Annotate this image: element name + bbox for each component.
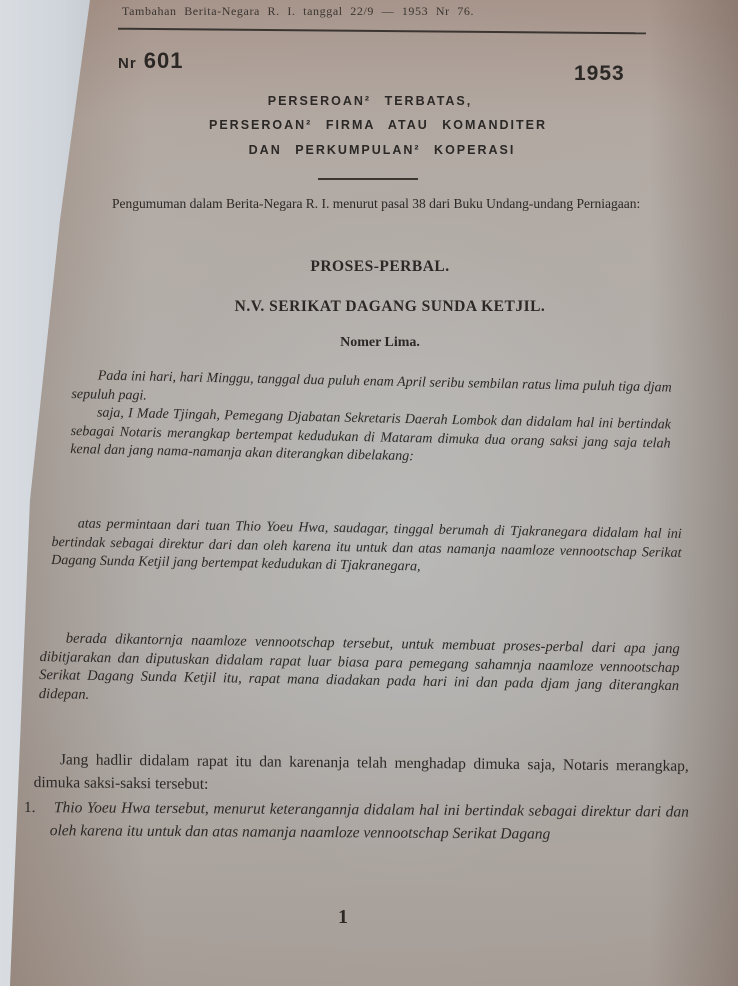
category-line-1: PERSEROAN² TERBATAS,	[110, 94, 630, 108]
paragraph-3: atas permintaan dari tuan Thio Yoeu Hwa,…	[51, 515, 682, 581]
list-item: 1.Thio Yoeu Hwa tersebut, menurut ketera…	[24, 796, 689, 847]
announcement-number: Nr 601	[118, 48, 184, 74]
running-header: Tambahan Berita-Negara R. I. tanggal 22/…	[122, 4, 474, 19]
list-item-text: Thio Yoeu Hwa tersebut, menurut keterang…	[50, 799, 689, 842]
number-prefix: Nr	[118, 55, 137, 72]
page-number: 1	[338, 906, 348, 929]
attendee-list: 1.Thio Yoeu Hwa tersebut, menurut ketera…	[24, 796, 689, 847]
year: 1953	[574, 62, 625, 86]
paragraph-request: atas permintaan dari tuan Thio Yoeu Hwa,…	[51, 515, 682, 581]
paragraph-location: berada dikantornja naamloze vennootschap…	[39, 629, 680, 714]
paragraph-5: Jang hadlir didalam rapat itu dan karena…	[34, 748, 689, 801]
category-line-2: PERSEROAN² FIRMA ATAU KOMANDITER	[118, 118, 638, 132]
intro-text: Pengumuman dalam Berita-Negara R. I. men…	[112, 196, 672, 212]
number-value: 601	[144, 48, 184, 73]
paragraph-date-notary: Pada ini hari, hari Minggu, tanggal dua …	[70, 367, 672, 472]
list-item-number: 1.	[24, 796, 54, 819]
document-title: PROSES-PERBAL.	[100, 258, 660, 276]
paragraph-attendance: Jang hadlir didalam rapat itu dan karena…	[34, 748, 689, 801]
section-divider	[318, 178, 418, 180]
paragraph-4: berada dikantornja naamloze vennootschap…	[39, 629, 680, 714]
category-line-3: DAN PERKUMPULAN² KOPERASI	[122, 143, 642, 157]
deed-number: Nomer Lima.	[100, 335, 660, 351]
company-name: N.V. SERIKAT DAGANG SUNDA KETJIL.	[100, 298, 680, 316]
